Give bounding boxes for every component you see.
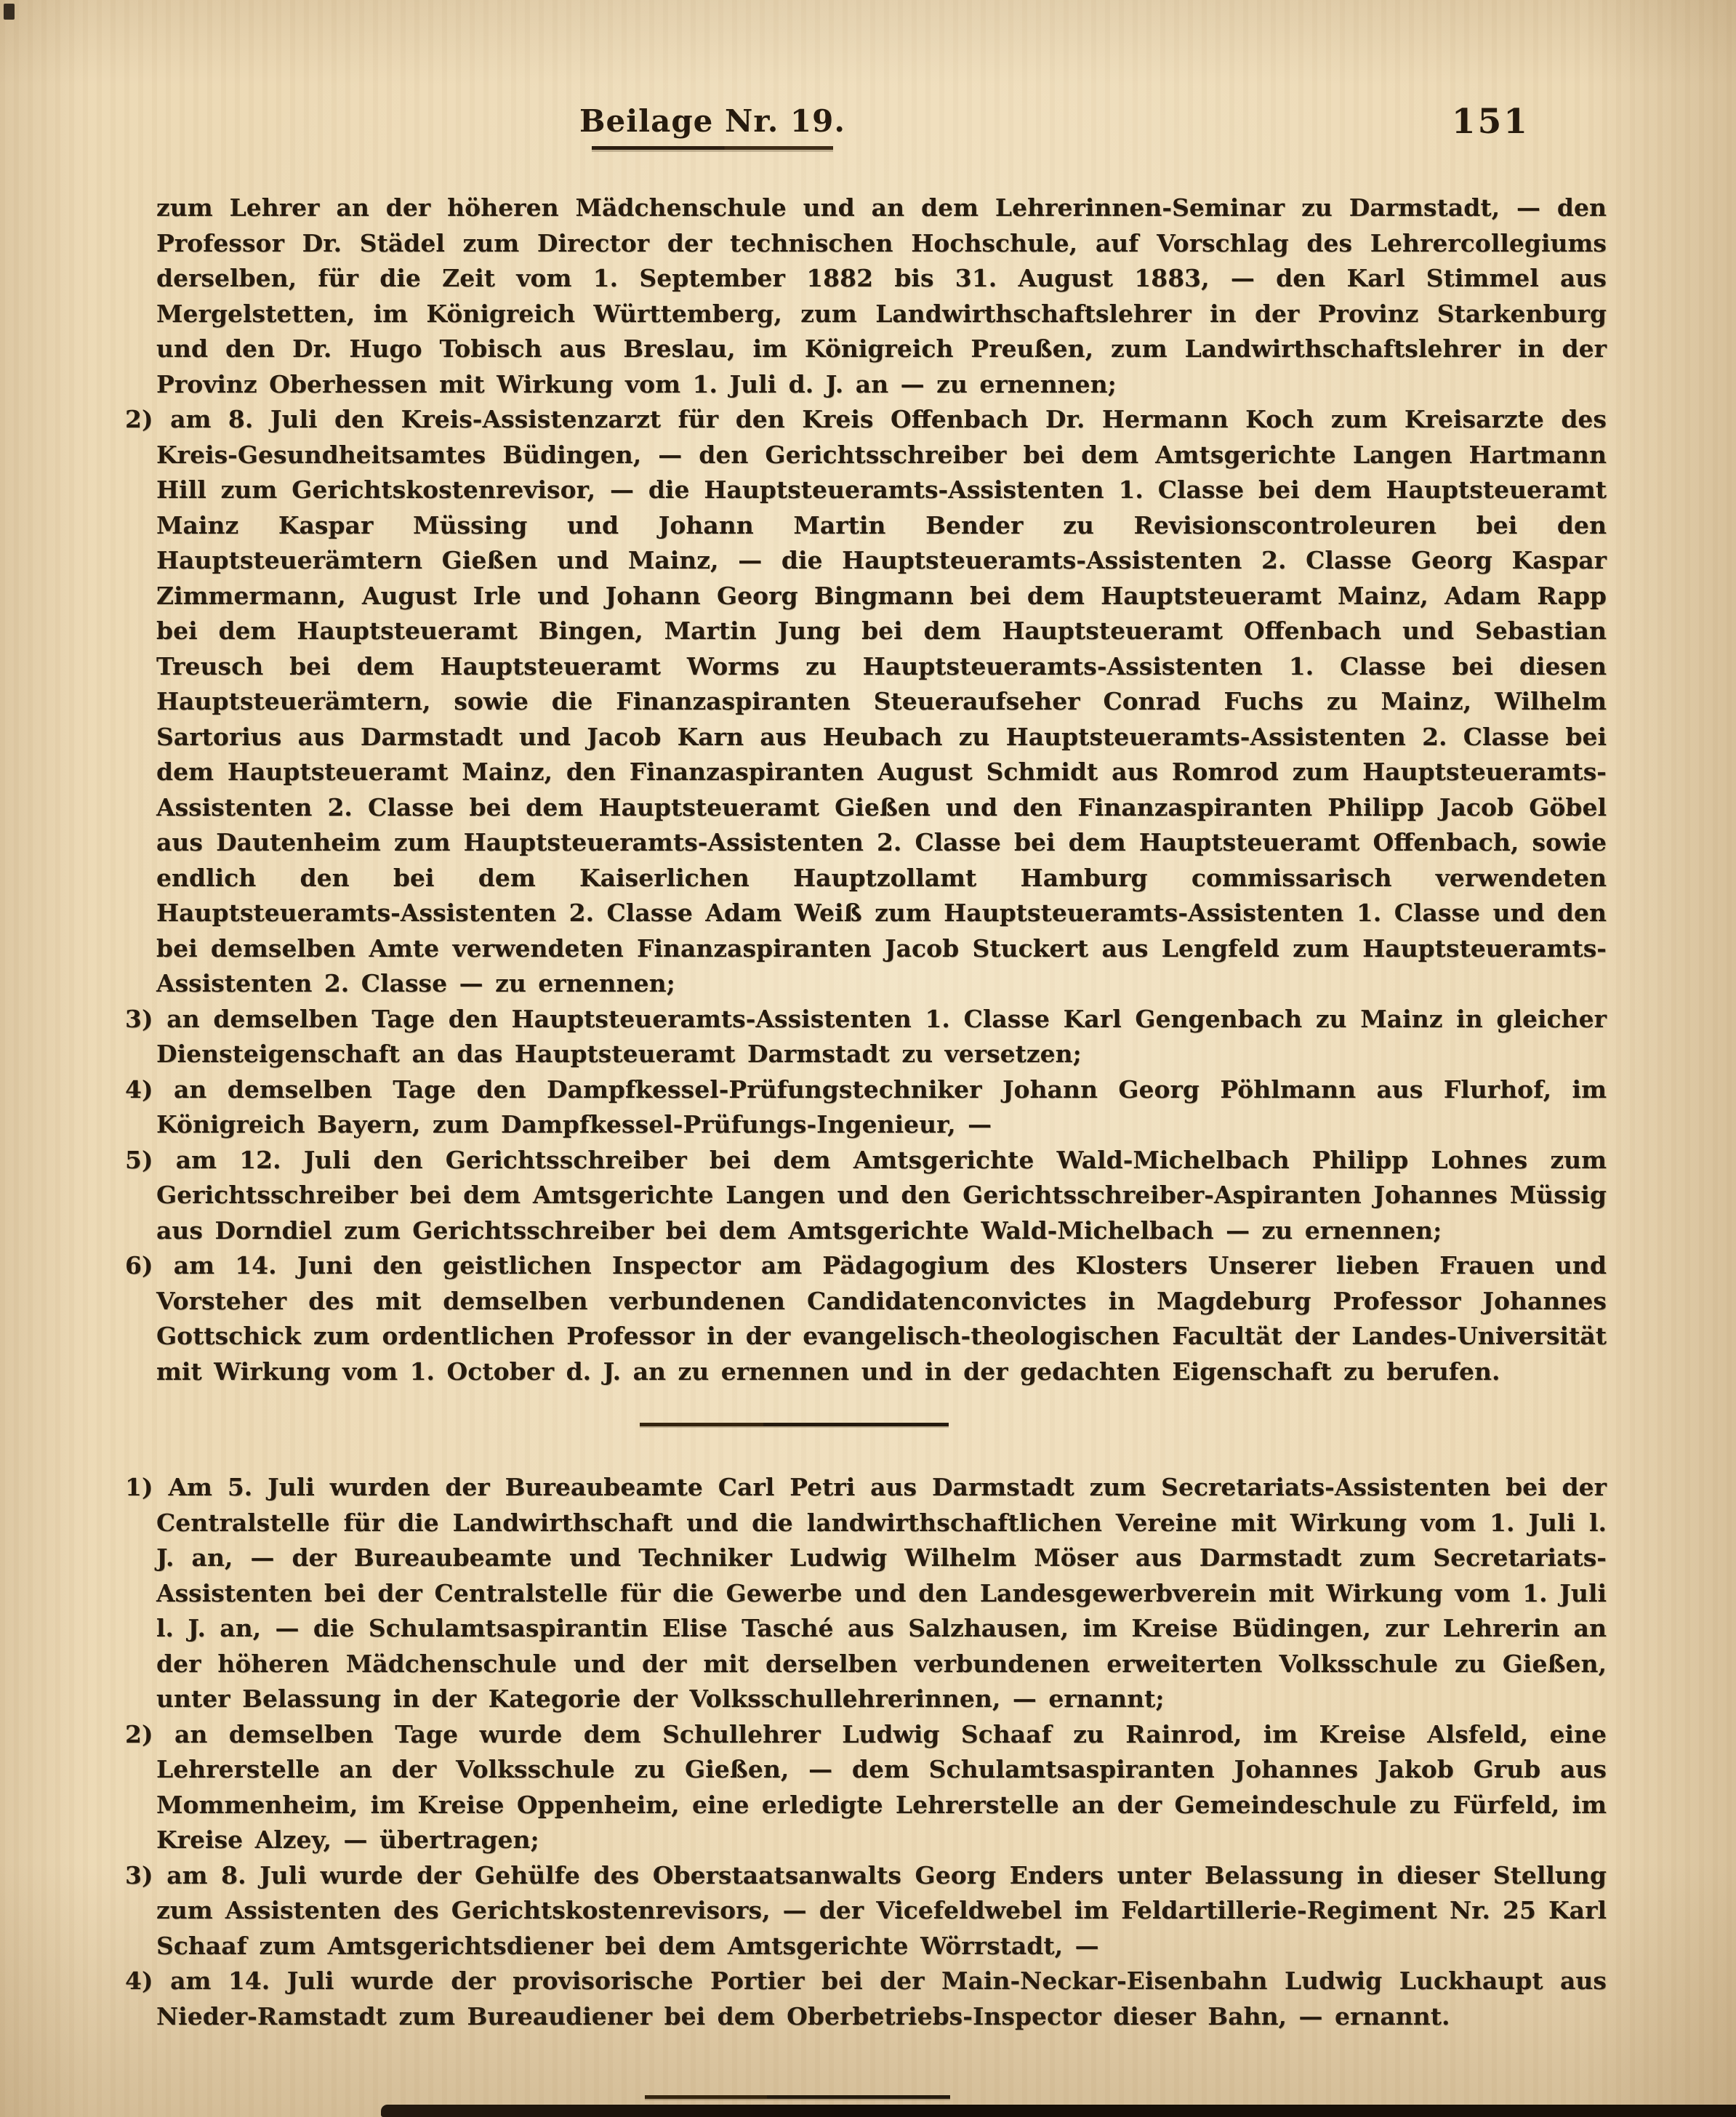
list-item: 5) am 12. Juli den Gerichtsschreiber bei… (156, 1143, 1607, 1249)
item-number: 2) (125, 1720, 153, 1748)
list-item: zum Lehrer an der höheren Mädchenschule … (156, 190, 1607, 402)
item-number: 3) (125, 1005, 153, 1033)
item-text: am 14. Juli wurde der provisorische Port… (156, 1967, 1607, 2030)
item-number: 4) (125, 1075, 153, 1104)
list-item: 6) am 14. Juni den geistlichen Inspector… (156, 1248, 1607, 1389)
item-number: 6) (125, 1251, 153, 1280)
item-number: 4) (125, 1967, 153, 1995)
gazette-page: Beilage Nr. 19. 151 zum Lehrer an der hö… (0, 0, 1736, 2117)
item-text: Am 5. Juli wurden der Bureaubeamte Carl … (156, 1473, 1607, 1713)
item-text: an demselben Tage den Dampfkessel-Prüfun… (156, 1075, 1607, 1139)
item-number: 3) (125, 1861, 153, 1889)
item-text: am 14. Juni den geistlichen Inspector am… (156, 1251, 1607, 1386)
item-number: 1) (125, 1473, 153, 1501)
end-divider (645, 2095, 950, 2099)
item-number: 2) (125, 405, 153, 433)
item-text: am 12. Juli den Gerichtsschreiber bei de… (156, 1146, 1607, 1245)
item-text: an demselben Tage den Hauptsteueramts-As… (156, 1005, 1607, 1069)
item-text: an demselben Tage wurde dem Schullehrer … (156, 1720, 1607, 1855)
section-divider (640, 1423, 949, 1426)
list-item: 4) am 14. Juli wurde der provisorische P… (156, 1964, 1607, 2034)
list-item: 1) Am 5. Juli wurden der Bureaubeamte Ca… (156, 1470, 1607, 1717)
item-text: am 8. Juli den Kreis-Assistenzarzt für d… (156, 405, 1607, 997)
list-item: 2) am 8. Juli den Kreis-Assistenzarzt fü… (156, 402, 1607, 1002)
list-item: 3) an demselben Tage den Hauptsteueramts… (156, 1002, 1607, 1072)
page-body: zum Lehrer an der höheren Mädchenschule … (0, 0, 1736, 2099)
scan-edge (381, 2105, 1736, 2117)
item-text: zum Lehrer an der höheren Mädchenschule … (156, 193, 1607, 398)
list-item: 3) am 8. Juli wurde der Gehülfe des Ober… (156, 1858, 1607, 1964)
list-item: 4) an demselben Tage den Dampfkessel-Prü… (156, 1072, 1607, 1143)
item-number: 5) (125, 1146, 153, 1174)
decrees-section-2: 1) Am 5. Juli wurden der Bureaubeamte Ca… (156, 1470, 1607, 2034)
list-item: 2) an demselben Tage wurde dem Schullehr… (156, 1717, 1607, 1858)
item-text: am 8. Juli wurde der Gehülfe des Obersta… (156, 1861, 1607, 1960)
decrees-section-1: zum Lehrer an der höheren Mädchenschule … (156, 190, 1607, 1389)
